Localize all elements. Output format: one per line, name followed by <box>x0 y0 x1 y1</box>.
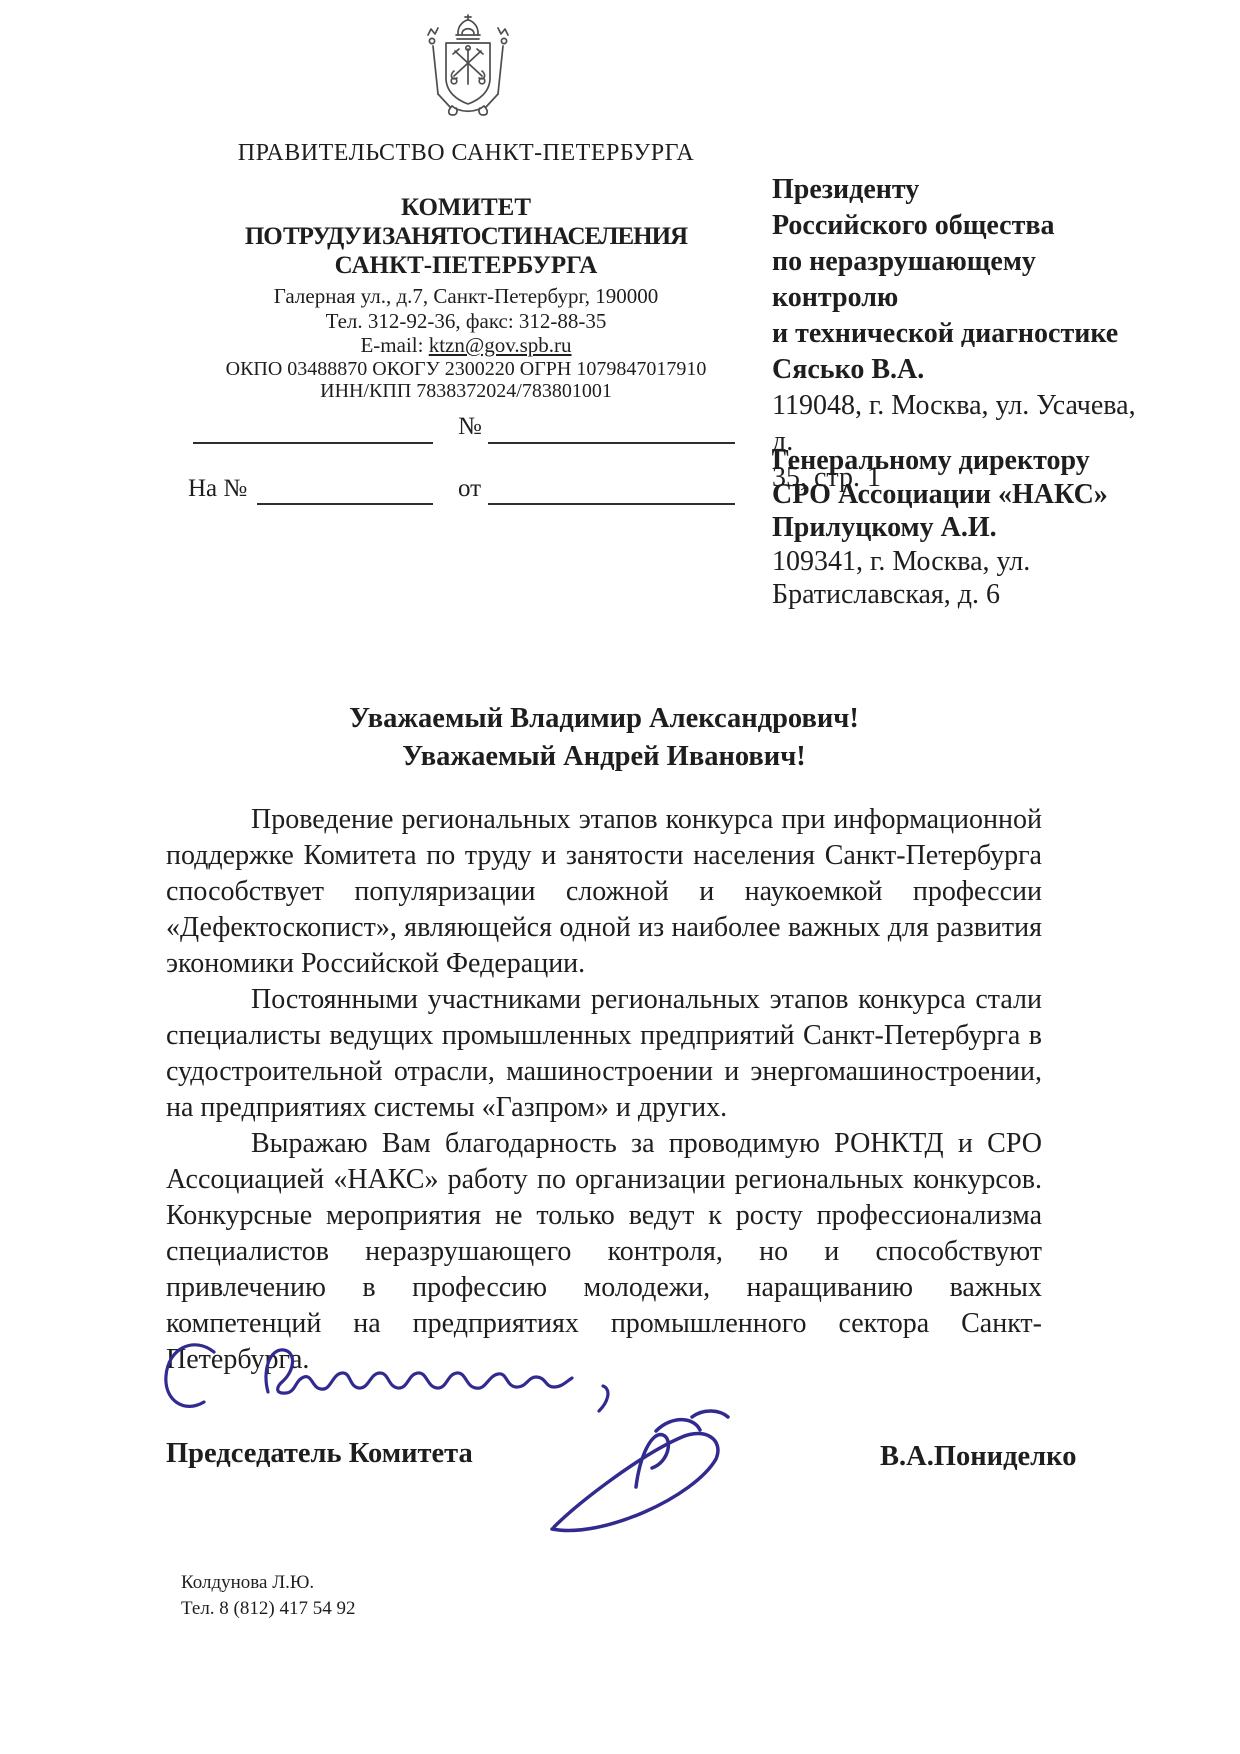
salutation-line-2: Уважаемый Андрей Иванович! <box>166 738 1042 776</box>
okpo-ogrn-line: ОКПО 03488870 ОКОГУ 2300220 ОГРН 1079847… <box>166 358 766 380</box>
on-number-label: На № <box>188 476 247 502</box>
recipient-line: и технической диагностике <box>772 316 1152 352</box>
on-number-blank <box>257 503 433 505</box>
salutation: Уважаемый Владимир Александрович! Уважае… <box>166 700 1042 776</box>
committee-name-line1: КОМИТЕТ <box>166 193 766 222</box>
letterhead-codes: ОКПО 03488870 ОКОГУ 2300220 ОГРН 1079847… <box>166 358 766 402</box>
committee-name-line3: САНКТ-ПЕТЕРБУРГА <box>166 251 766 280</box>
recipient-line: Сясько В.А. <box>772 352 1152 388</box>
body-paragraph-2: Постоянными участниками региональных эта… <box>166 982 1042 1126</box>
recipient-line: СРО Ассоциации «НАКС» <box>772 478 1152 512</box>
footer-contact: Колдунова Л.Ю. Тел. 8 (812) 417 54 92 <box>181 1570 355 1622</box>
signer-name: В.А.Пониделко <box>880 1441 1076 1473</box>
letterhead: ПРАВИТЕЛЬСТВО САНКТ-ПЕТЕРБУРГА КОМИТЕТ П… <box>166 140 766 402</box>
committee-name-line2: ПО ТРУДУ И ЗАНЯТОСТИ НАСЕЛЕНИЯ <box>166 222 766 251</box>
signature-flourish <box>542 1405 747 1545</box>
outgoing-number-blank <box>193 442 433 444</box>
from-date-blank <box>488 503 735 505</box>
letterhead-contact: Галерная ул., д.7, Санкт-Петербург, 1900… <box>166 284 766 358</box>
letterhead-email-line: E-mail: ktzn@gov.spb.ru <box>166 333 766 358</box>
committee-name: КОМИТЕТ ПО ТРУДУ И ЗАНЯТОСТИ НАСЕЛЕНИЯ С… <box>166 193 766 280</box>
email-label: E-mail: <box>360 333 423 357</box>
number-sign-label: № <box>458 414 482 440</box>
recipient-line: по неразрушающему контролю <box>772 244 1152 316</box>
recipient-line: Президенту <box>772 172 1152 208</box>
position-title: Председатель Комитета <box>166 1438 473 1470</box>
recipient-address-line: 109341, г. Москва, ул. <box>772 545 1152 579</box>
email-link[interactable]: ktzn@gov.spb.ru <box>429 333 572 357</box>
from-label: от <box>458 476 481 502</box>
recipient-line: Российского общества <box>772 208 1152 244</box>
outgoing-date-blank <box>488 442 735 444</box>
recipient-line: Генеральному директору <box>772 444 1152 478</box>
letterhead-address: Галерная ул., д.7, Санкт-Петербург, 1900… <box>166 284 766 309</box>
recipient-block-2: Генеральному директору СРО Ассоциации «Н… <box>772 444 1152 612</box>
footer-contact-name: Колдунова Л.Ю. <box>181 1570 355 1596</box>
letterhead-phone-fax: Тел. 312-92-36, факс: 312-88-35 <box>166 309 766 334</box>
scanned-letter-page: ПРАВИТЕЛЬСТВО САНКТ-ПЕТЕРБУРГА КОМИТЕТ П… <box>0 0 1240 1754</box>
government-title: ПРАВИТЕЛЬСТВО САНКТ-ПЕТЕРБУРГА <box>166 140 766 166</box>
footer-contact-phone: Тел. 8 (812) 417 54 92 <box>181 1596 355 1622</box>
inn-kpp-line: ИНН/КПП 7838372024/783801001 <box>166 380 766 402</box>
coat-of-arms-saint-petersburg-icon <box>420 14 516 118</box>
letter-body: Проведение региональных этапов конкурса … <box>166 802 1042 1378</box>
body-paragraph-1: Проведение региональных этапов конкурса … <box>166 802 1042 982</box>
recipient-line: Прилуцкому А.И. <box>772 511 1152 545</box>
recipient-address-line: Братиславская, д. 6 <box>772 578 1152 612</box>
salutation-line-1: Уважаемый Владимир Александрович! <box>166 700 1042 738</box>
